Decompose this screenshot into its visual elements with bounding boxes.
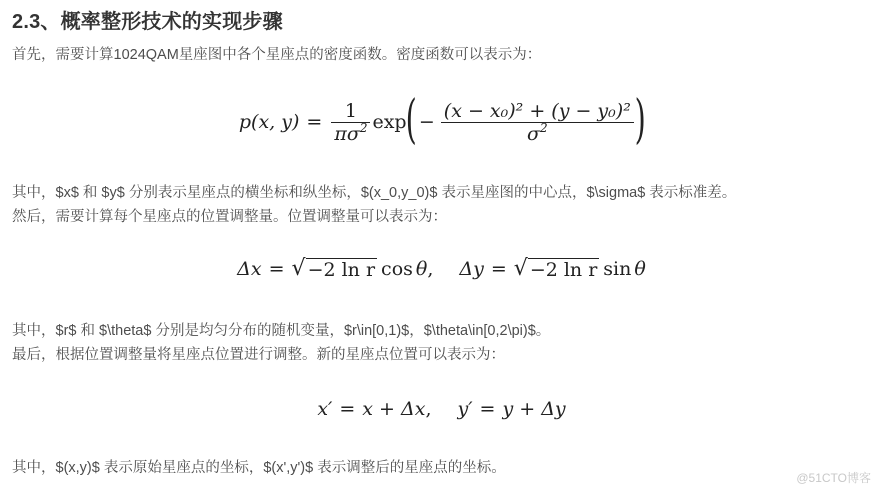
section-heading: 2.3、概率整形技术的实现步骤 (12, 9, 283, 35)
eq-density-coefficient: 1 πσ2 (331, 100, 370, 145)
left-paren: ( (405, 94, 416, 146)
sqrt-term-x: √ −2 ln r (292, 258, 378, 280)
eq-density-exponent-fraction: (x − x₀)² + (y − y₀)² σ2 (441, 100, 634, 145)
eq-density-lhs: p(x, y) (239, 111, 300, 133)
eq-density-equals: = (306, 111, 322, 133)
paragraph-adjustment-intro: 然后，需要计算每个星座点的位置调整量。位置调整量可以表示为： (12, 205, 447, 229)
equation-adjustment: Δx = √ −2 ln r cos θ , Δy = √ −2 ln r si… (0, 258, 883, 280)
equation-density: p(x, y) = 1 πσ2 exp ( − (x − x₀)² + (y −… (0, 96, 883, 148)
paragraph-intro: 首先，需要计算1024QAM星座图中各个星座点的密度函数。密度函数可以表示为： (12, 43, 541, 67)
paragraph-variables: 其中，$x$ 和 $y$ 分别表示星座点的横坐标和纵坐标，$(x_0,y_0)$… (12, 181, 736, 205)
sqrt-term-y: √ −2 ln r (514, 258, 600, 280)
paragraph-update-intro: 最后，根据位置调整量将星座点位置进行调整。新的星座点位置可以表示为： (12, 343, 505, 367)
right-paren: ) (634, 94, 645, 146)
equation-update: x′ = x + Δx , y′ = y + Δy (0, 398, 883, 420)
watermark: @51CTO博客 (796, 469, 871, 486)
eq-dy-lhs: Δy (459, 258, 483, 280)
eq-dx-lhs: Δx (237, 258, 261, 280)
paragraph-coordinates: 其中，$(x,y)$ 表示原始星座点的坐标，$(x',y')$ 表示调整后的星座… (12, 456, 506, 480)
eq-density-exp: exp (372, 111, 406, 133)
paragraph-random-vars: 其中，$r$ 和 $\theta$ 分别是均匀分布的随机变量，$r\in[0,1… (12, 319, 550, 343)
